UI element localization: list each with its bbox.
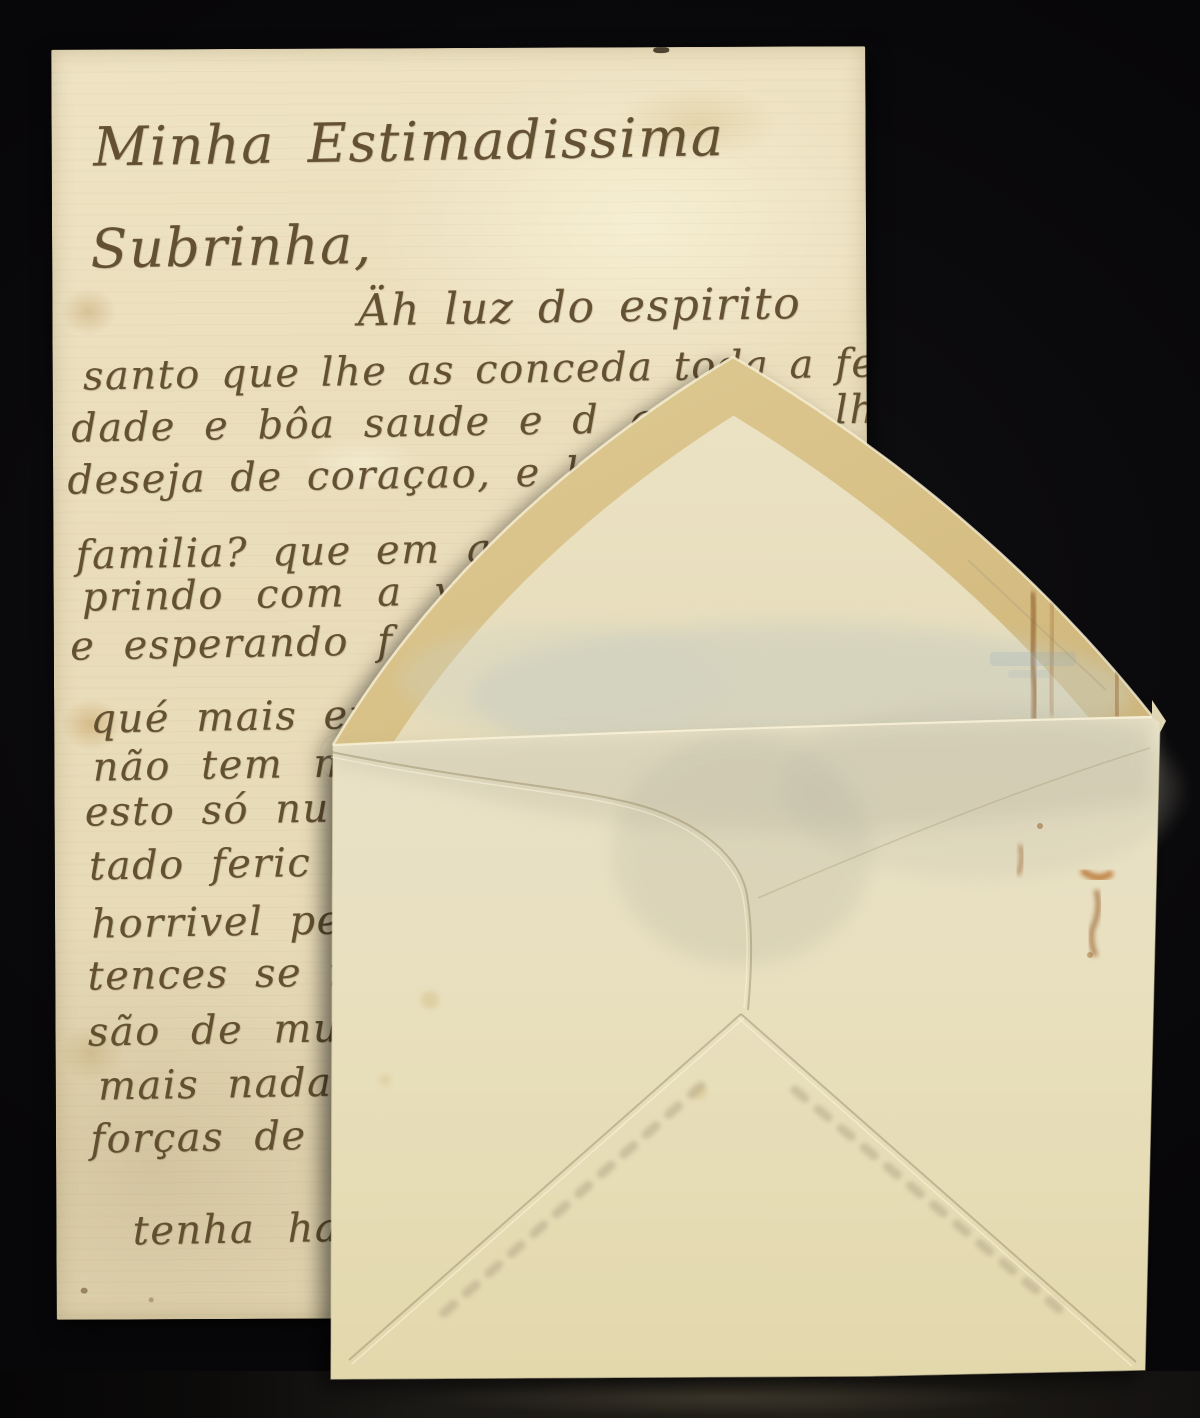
envelope <box>0 0 1200 1418</box>
blue-ghost-print <box>1008 670 1050 678</box>
foxing-spot <box>693 1086 707 1100</box>
photograph: Minha EstimadissimaSubrinha,Äh luz do es… <box>0 0 1200 1418</box>
foxing-spot <box>421 991 439 1009</box>
flap-interior-shadow <box>400 625 720 735</box>
blue-ghost-print <box>990 652 1076 666</box>
foxing-spot <box>379 1074 391 1086</box>
rust-spot <box>1037 823 1043 829</box>
interior-shading <box>780 702 1180 878</box>
envelope-group <box>331 357 1180 1379</box>
rust-streak <box>1116 640 1118 722</box>
rust-spot <box>1087 952 1093 958</box>
